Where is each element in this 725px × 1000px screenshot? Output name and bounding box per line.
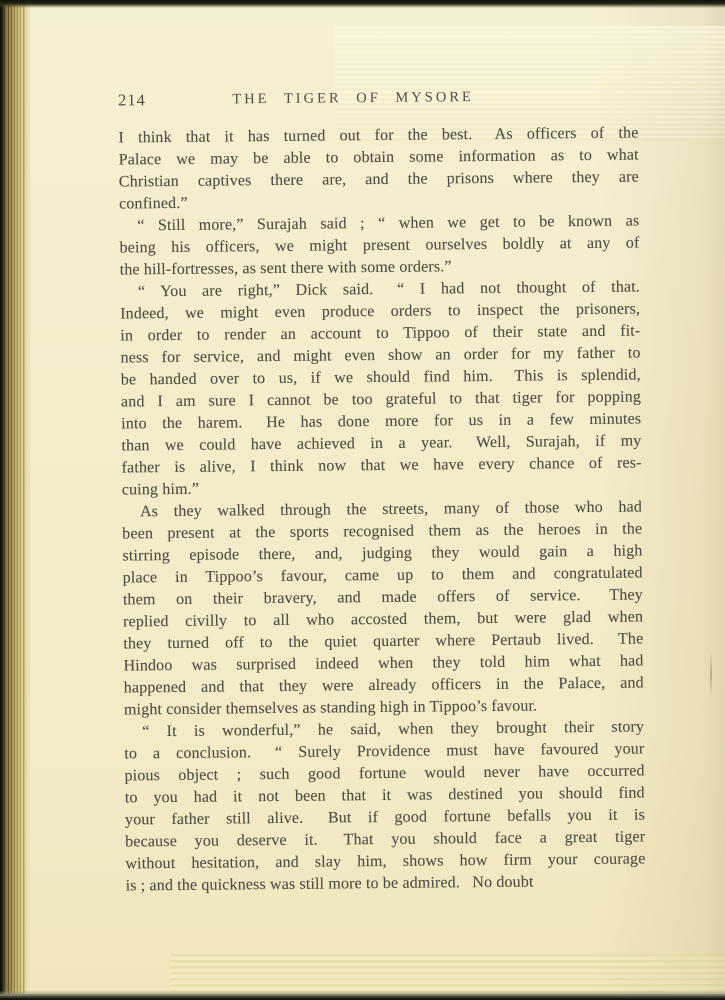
text-line: is ; and the quickness was still more to…: [126, 870, 646, 897]
book-page-scan: 214 THE TIGER OF MYSORE I think that it …: [0, 0, 725, 1000]
paper-scratch: [710, 652, 712, 696]
bottom-page-edge-streaks: [170, 954, 725, 992]
bottom-scan-edge: [0, 991, 725, 1000]
page-header: 214 THE TIGER OF MYSORE: [118, 86, 638, 111]
paragraph: “ It is wonderful,” he said, when they b…: [124, 716, 646, 897]
paragraph: I think that it has turned out for the b…: [118, 123, 639, 216]
paragraph: “ Still more,” Surajah said ; “ when we …: [119, 210, 640, 281]
page-body: I think that it has turned out for the b…: [118, 123, 645, 898]
running-title: THE TIGER OF MYSORE: [118, 88, 588, 110]
paragraph: As they walked through the streets, many…: [122, 496, 644, 721]
top-scan-edge: [0, 0, 725, 8]
left-page-edges: [0, 0, 30, 1000]
paragraph: “ You are right,” Dick said. “ I had not…: [120, 276, 642, 501]
printed-page: 214 THE TIGER OF MYSORE I think that it …: [118, 86, 646, 898]
